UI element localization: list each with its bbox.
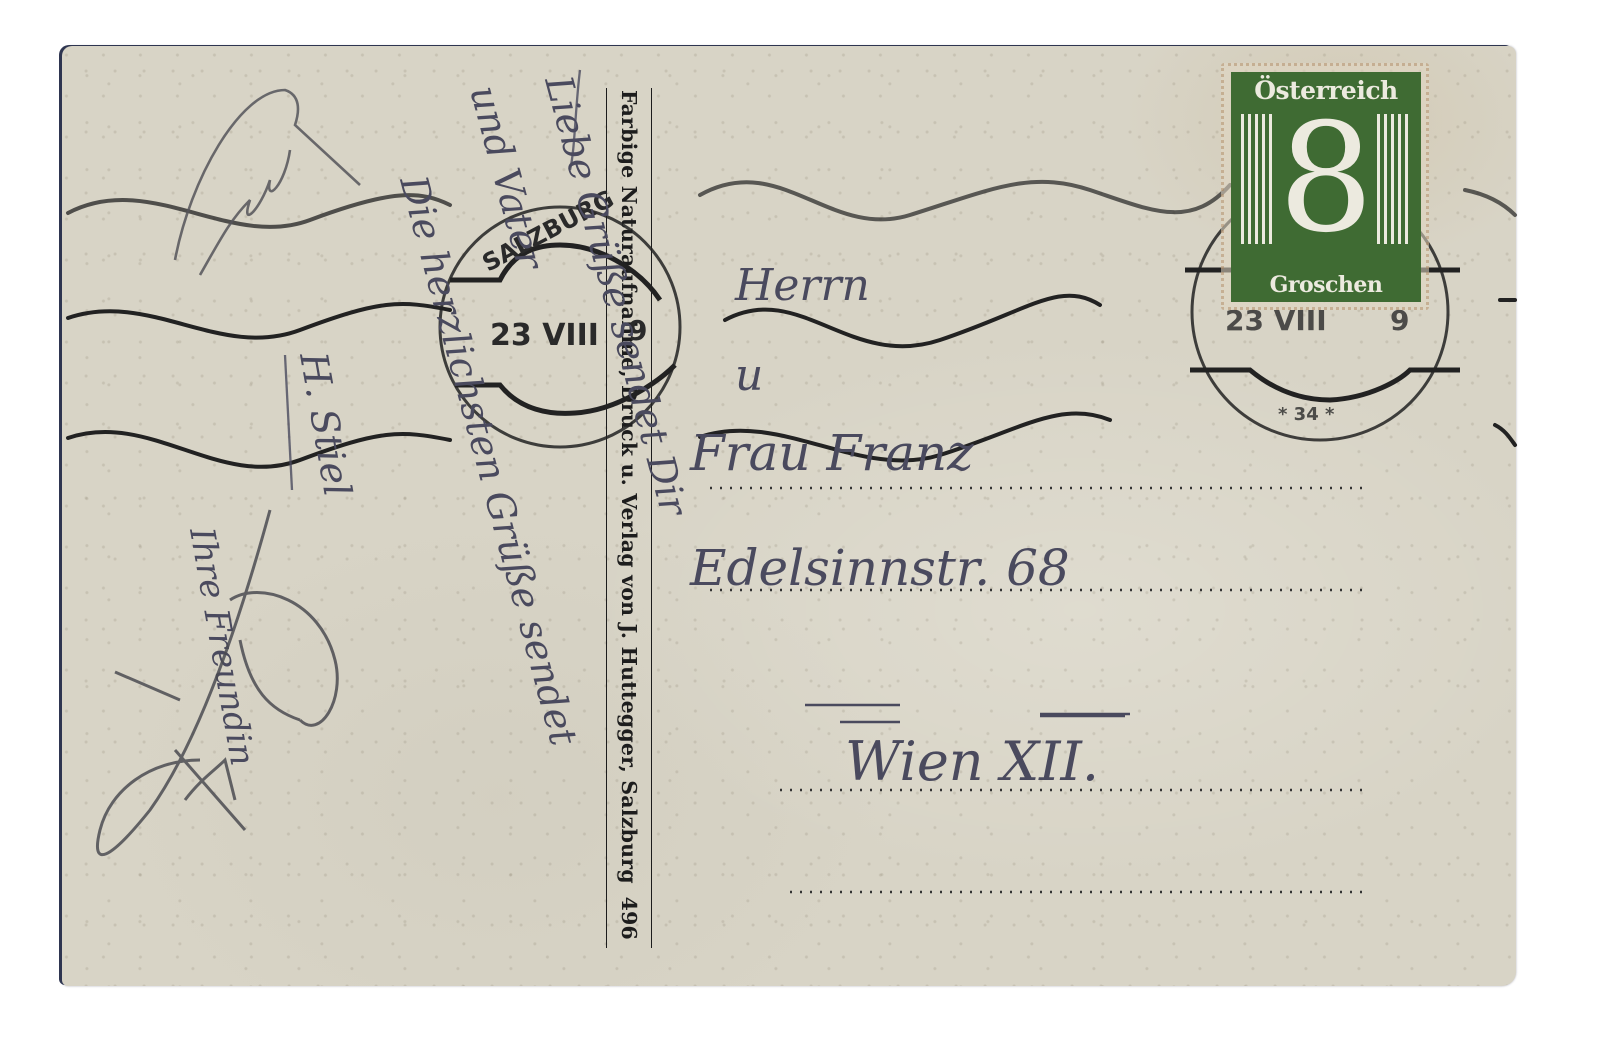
publisher-text: Farbige Naturaufnahme, Druck u. Verlag v…	[617, 90, 641, 884]
card-number: 496	[617, 897, 641, 940]
divider-line	[606, 88, 607, 948]
divider-line	[651, 88, 652, 948]
stamp-denomination: Groschen	[1231, 272, 1421, 298]
publisher-imprint: Farbige Naturaufnahme, Druck u. Verlag v…	[606, 88, 652, 948]
postage-stamp: Österreich 8 Groschen	[1231, 72, 1421, 302]
stamp-face: Österreich 8 Groschen	[1231, 72, 1421, 302]
stamp-value: 8	[1231, 94, 1421, 264]
